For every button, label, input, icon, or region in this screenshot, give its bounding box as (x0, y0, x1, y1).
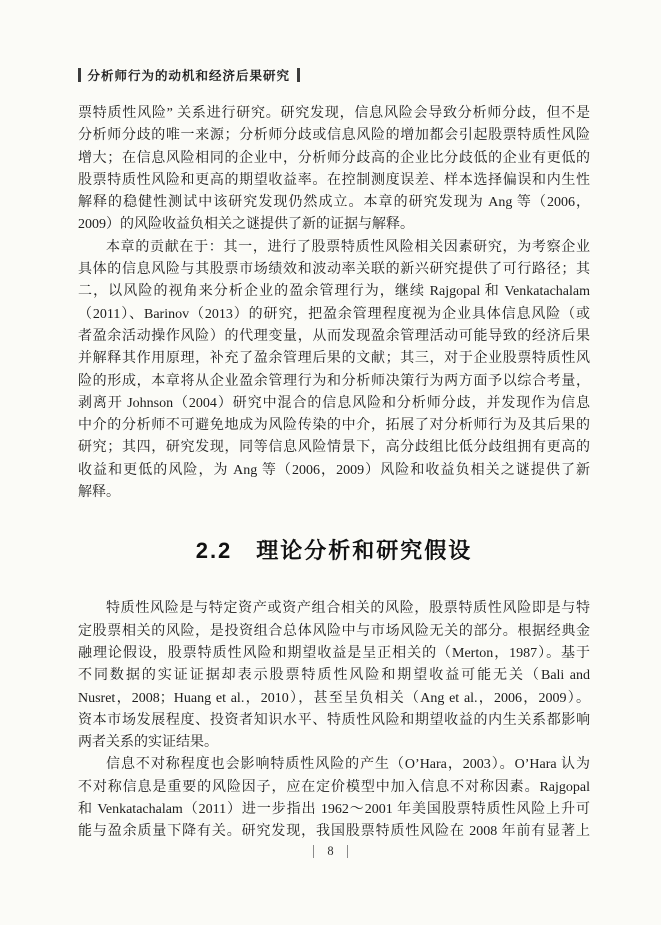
text-line: 资本市场发展程度、投资者知识水平、特质性风险和期望收益的内生关系都影响 (78, 710, 590, 732)
text-line: 两者关系的实证结果。 (78, 732, 590, 754)
text-line: 本章的贡献在于：其一，进行了股票特质性风险相关因素研究，为考察企业 (78, 237, 590, 259)
text-line: 收益和更低的风险，为 Ang 等（2006，2009）风险和收益负相关之谜提供了… (78, 460, 590, 482)
text-line: 分析师分歧的唯一来源；分析师分歧或信息风险的增加都会引起股票特质性风险 (78, 125, 590, 147)
text-line: 险的形成，本章将从企业盈余管理行为和分析师决策行为两方面予以综合考量， (78, 371, 590, 393)
paragraph: 本章的贡献在于：其一，进行了股票特质性风险相关因素研究，为考察企业具体的信息风险… (78, 237, 590, 505)
page-body: 票特质性风险” 关系进行研究。研究发现，信息风险会导致分析师分歧，但不是分析师分… (78, 103, 590, 844)
text-line: 股票特质性风险和更高的期望收益率。在控制测度误差、样本选择偏误和内生性 (78, 170, 590, 192)
text-line: 中介的分析师不可避免地成为风险传染的中介，拓展了对分析师行为及其后果的 (78, 415, 590, 437)
text-line: Nusret，2008；Huang et al.，2010），甚至呈负相关（An… (78, 688, 590, 710)
paragraph: 特质性风险是与特定资产或资产组合相关的风险，股票特质性风险即是与特定股票相关的风… (78, 598, 590, 754)
text-line: 者盈余活动操作风险）的代理变量，从而发现盈余管理活动可能导致的经济后果 (78, 326, 590, 348)
text-line: 2009）的风险收益负相关之谜提供了新的证据与解释。 (78, 214, 590, 236)
text-line: 研究；其四，研究发现，同等信息风险情景下，高分歧组比低分歧组拥有更高的 (78, 437, 590, 459)
paragraph: 票特质性风险” 关系进行研究。研究发现，信息风险会导致分析师分歧，但不是分析师分… (78, 103, 590, 237)
page-footer: 8 (0, 844, 661, 859)
document-page: 分析师行为的动机和经济后果研究 票特质性风险” 关系进行研究。研究发现，信息风险… (0, 0, 661, 925)
text-line: 并解释其作用原理，补充了盈余管理后果的文献；其三，对于企业股票特质性风 (78, 348, 590, 370)
text-line: 融理论假设，股票特质性风险和期望收益是呈正相关的（Merton，1987）。基于 (78, 643, 590, 665)
section-heading: 2.2 理论分析和研究假设 (78, 534, 590, 568)
page-number: 8 (327, 844, 333, 859)
text-line: 二，以风险的视角来分析企业的盈余管理行为，继续 Rajgopal 和 Venka… (78, 281, 590, 303)
text-line: 定股票相关的风险，是投资组合总体风险中与市场风险无关的部分。根据经典金 (78, 621, 590, 643)
running-head: 分析师行为的动机和经济后果研究 (78, 66, 300, 84)
text-line: 具体的信息风险与其股票市场绩效和波动率关联的新兴研究提供了可行路径；其 (78, 259, 590, 281)
text-line: 不对称信息是重要的风险因子，应在定价模型中加入信息不对称因素。Rajgopal (78, 777, 590, 799)
text-line: 增大；在信息风险相同的企业中，分析师分歧高的企业比分歧低的企业有更低的 (78, 148, 590, 170)
footer-rule-left (313, 845, 315, 858)
text-line: 解释。 (78, 482, 590, 504)
text-line: 不同数据的实证证据却表示股票特质性风险和期望收益可能无关（Bali and (78, 665, 590, 687)
header-rule-right (297, 68, 300, 82)
text-line: 信息不对称程度也会影响特质性风险的产生（O’Hara，2003）。O’Hara … (78, 754, 590, 776)
running-head-title: 分析师行为的动机和经济后果研究 (88, 66, 291, 84)
footer-rule-right (347, 845, 349, 858)
text-line: 剥离开 Johnson（2004）研究中混合的信息风险和分析师分歧，并发现作为信… (78, 393, 590, 415)
text-line: 特质性风险是与特定资产或资产组合相关的风险，股票特质性风险即是与特 (78, 598, 590, 620)
text-line: 票特质性风险” 关系进行研究。研究发现，信息风险会导致分析师分歧，但不是 (78, 103, 590, 125)
text-line: 能与盈余质量下降有关。研究发现，我国股票特质性风险在 2008 年前有显著上 (78, 821, 590, 843)
paragraph: 信息不对称程度也会影响特质性风险的产生（O’Hara，2003）。O’Hara … (78, 754, 590, 843)
text-line: 和 Venkatachalam（2011）进一步指出 1962～2001 年美国… (78, 799, 590, 821)
header-rule-left (78, 68, 81, 82)
text-line: （2011）、Barinov（2013）的研究，把盈余管理程度视为企业具体信息风… (78, 304, 590, 326)
text-line: 解释的稳健性测试中该研究发现仍然成立。本章的研究发现为 Ang 等（2006， (78, 192, 590, 214)
